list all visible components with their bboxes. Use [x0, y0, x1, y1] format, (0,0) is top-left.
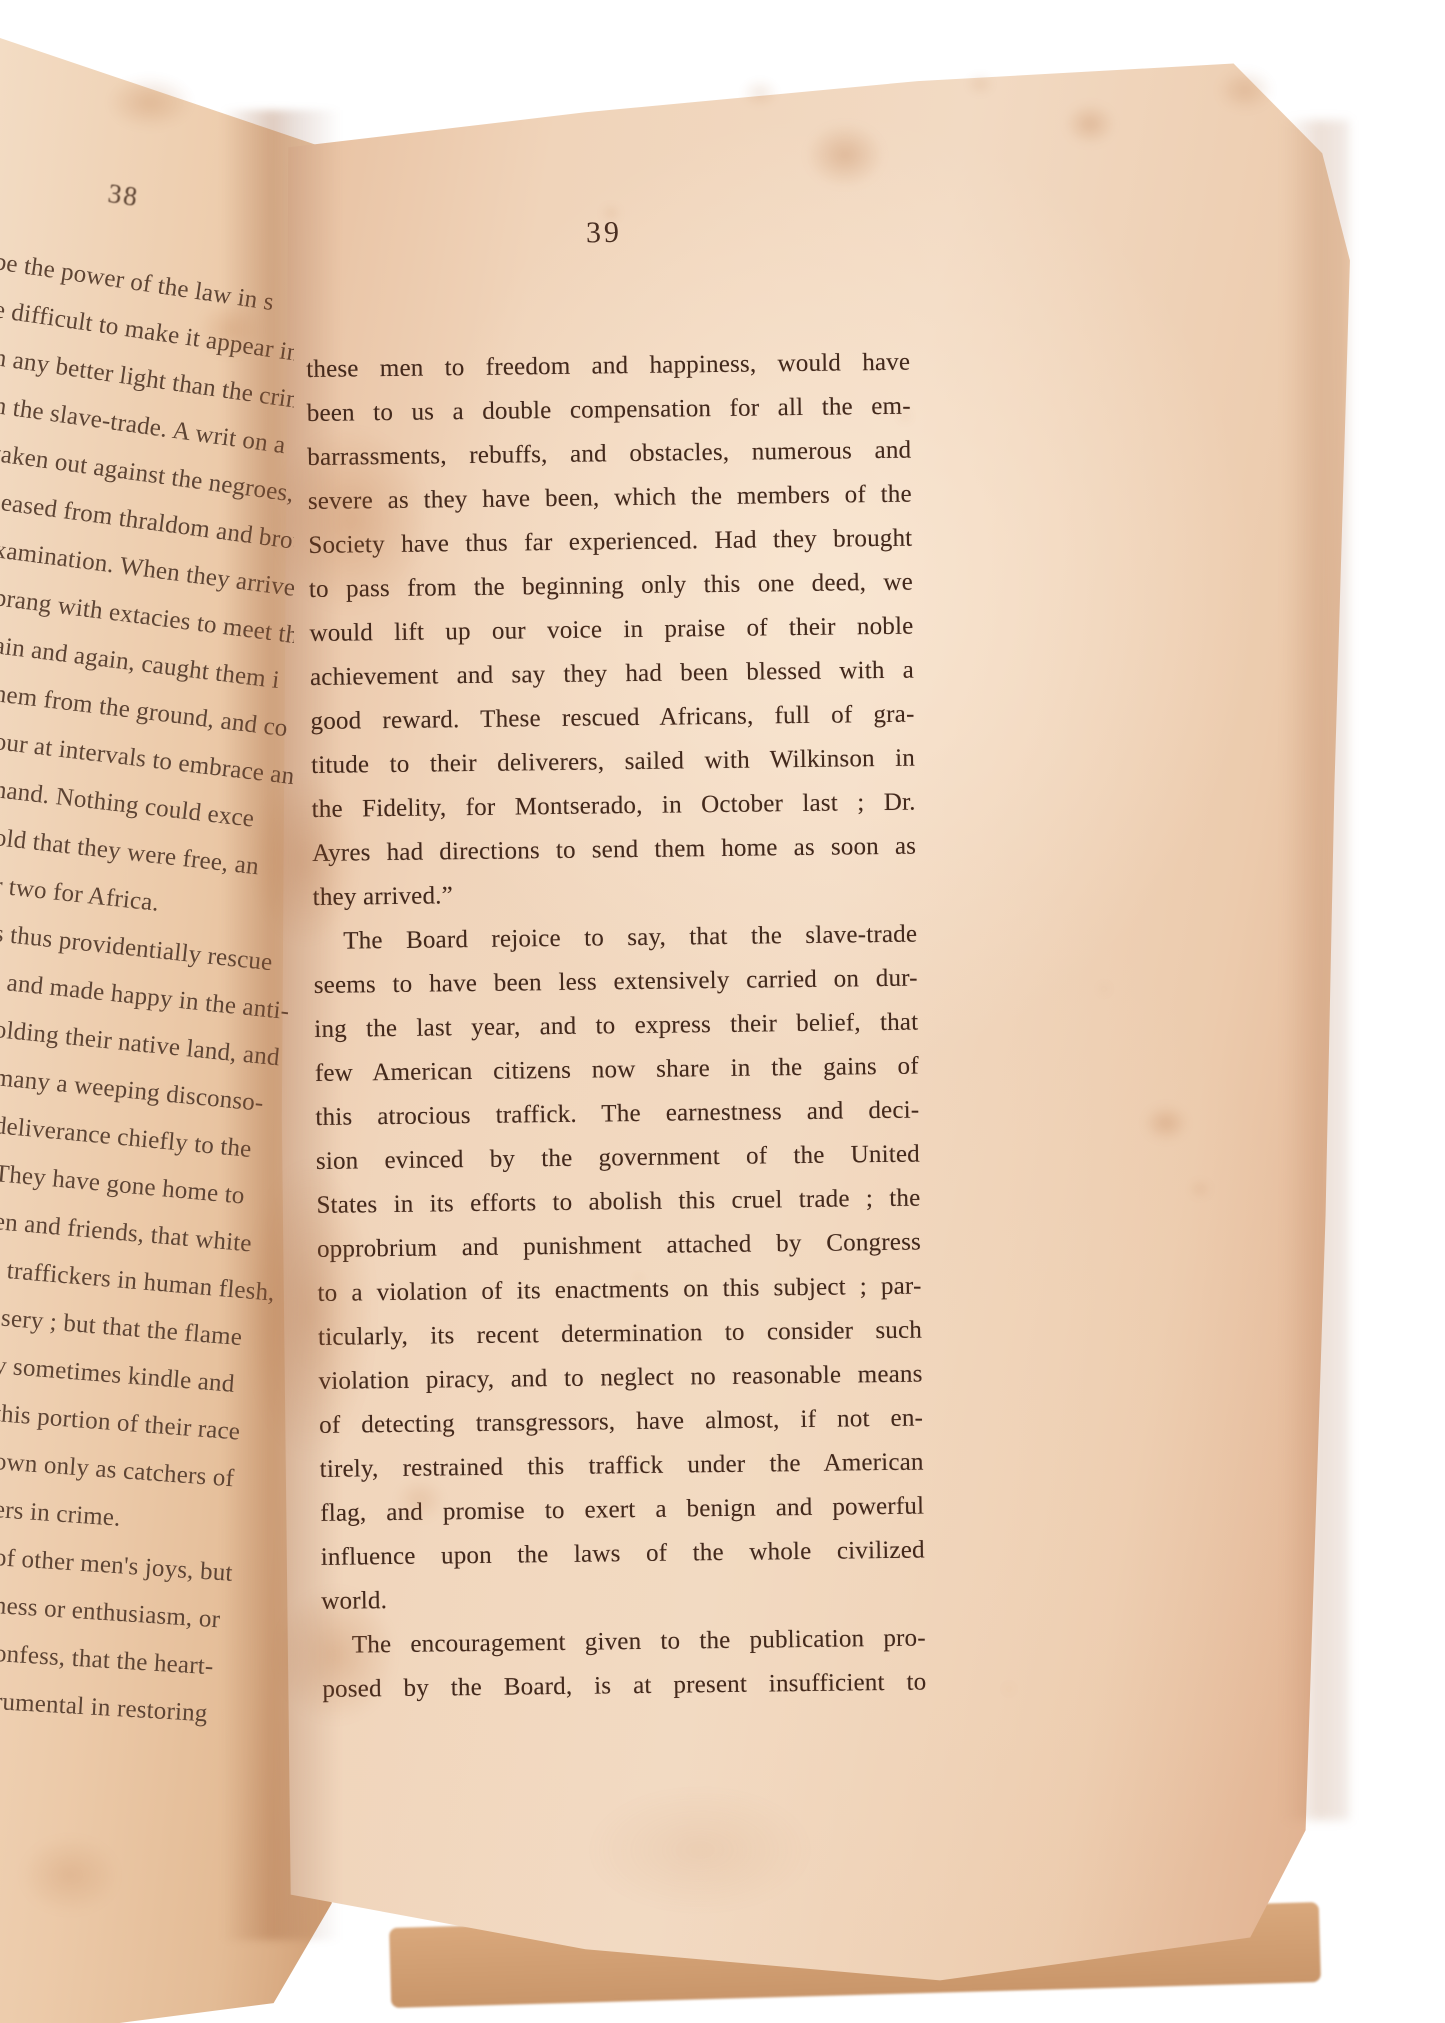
text-line: been to us a double compensation for all…: [307, 385, 911, 436]
text-line: The Board rejoice to say, that the slave…: [313, 913, 917, 964]
text-line: achievement and say they had been blesse…: [310, 649, 914, 700]
left-page-number: 38: [106, 178, 141, 213]
text-line: Society have thus far experienced. Had t…: [308, 517, 912, 568]
text-line: titude to their deliverers, sailed with …: [311, 737, 915, 788]
text-line: of detecting transgressors, have almost,…: [319, 1397, 923, 1448]
text-line: would lift up our voice in praise of the…: [309, 605, 913, 656]
text-line: the Fidelity, for Montserado, in October…: [311, 781, 915, 832]
text-line: ing the last year, and to express their …: [314, 1001, 918, 1052]
text-line: opprobrium and punishment attached by Co…: [317, 1221, 921, 1272]
text-line: good reward. These rescued Africans, ful…: [310, 693, 914, 744]
text-line: influence upon the laws of the whole civ…: [321, 1529, 925, 1580]
right-page-text: these men to freedom and happiness, woul…: [306, 341, 927, 1712]
text-line: severe as they have been, which the memb…: [308, 473, 912, 524]
left-page-text: be the power of the law in se difficult …: [0, 238, 294, 1758]
text-line: they arrived.”: [312, 869, 916, 920]
text-line: seems to have been less extensively carr…: [314, 957, 918, 1008]
text-line: to a violation of its enactments on this…: [317, 1265, 921, 1316]
text-line: tirely, restrained this traffick under t…: [319, 1441, 923, 1492]
text-line: sion evinced by the government of the Un…: [316, 1133, 920, 1184]
text-line: posed by the Board, is at present insuff…: [322, 1661, 926, 1712]
text-line: ticularly, its recent determination to c…: [318, 1309, 922, 1360]
text-line: this atrocious traffick. The earnestness…: [315, 1089, 919, 1140]
right-page-number: 39: [586, 216, 623, 251]
text-line: these men to freedom and happiness, woul…: [306, 341, 910, 392]
text-line: few American citizens now share in the g…: [315, 1045, 919, 1096]
text-line: barrassments, rebuffs, and obstacles, nu…: [307, 429, 911, 480]
text-line: Ayres had directions to send them home a…: [312, 825, 916, 876]
text-line: to pass from the beginning only this one…: [309, 561, 913, 612]
text-line: flag, and promise to exert a benign and …: [320, 1485, 924, 1536]
text-line: world.: [321, 1573, 925, 1624]
book-photo: 38 39 be the power of the law in se diff…: [0, 0, 1445, 2023]
text-line: States in its efforts to abolish this cr…: [316, 1177, 920, 1228]
text-line: The encouragement given to the publicati…: [322, 1617, 926, 1668]
text-line: violation piracy, and to neglect no reas…: [318, 1353, 922, 1404]
